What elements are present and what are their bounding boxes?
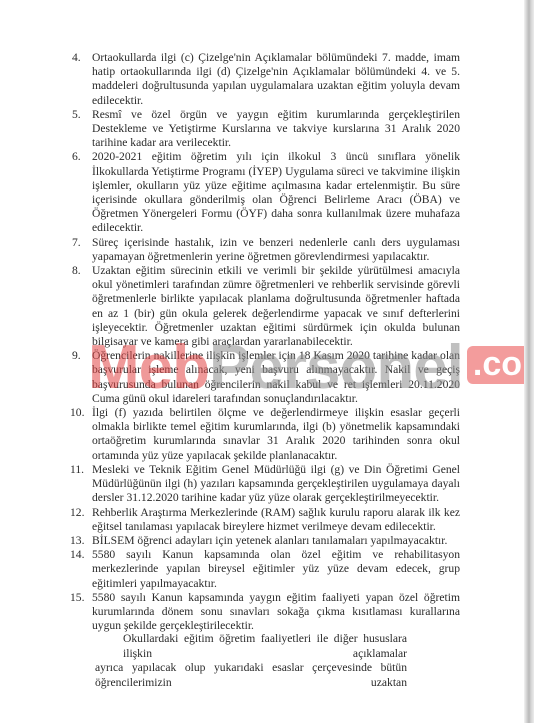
list-item: 9.Öğrencilerin nakillerine ilişkin işlem… — [72, 349, 460, 406]
list-item: 12.Rehberlik Araştırma Merkezlerinde (RA… — [72, 506, 460, 534]
item-text: BİLSEM öğrenci adayları için yetenek ala… — [92, 534, 447, 547]
item-number: 6. — [72, 150, 81, 164]
item-text: Ortaokullarda ilgi (c) Çizelge'nin Açıkl… — [92, 51, 460, 107]
list-item: 7.Süreç içerisinde hastalık, izin ve ben… — [72, 236, 460, 264]
closing-line-1: Okullardaki eğitim öğretim faaliyetleri … — [95, 632, 407, 661]
item-number: 11. — [70, 463, 84, 477]
item-number: 12. — [70, 506, 85, 520]
item-text: Süreç içerisinde hastalık, izin ve benze… — [92, 236, 460, 263]
item-number: 8. — [72, 264, 81, 278]
closing-paragraph: Okullardaki eğitim öğretim faaliyetleri … — [95, 632, 407, 690]
item-text: 5580 sayılı Kanun kapsamında olan özel e… — [92, 548, 460, 589]
list-item: 11.Mesleki ve Teknik Eğitim Genel Müdürl… — [72, 463, 460, 506]
item-number: 9. — [72, 349, 81, 363]
list-item: 10.İlgi (f) yazıda belirtilen ölçme ve d… — [72, 406, 460, 463]
item-text: 5580 sayılı Kanun kapsamında yaygın eğit… — [92, 591, 460, 632]
item-text: Mesleki ve Teknik Eğitim Genel Müdürlüğü… — [92, 463, 460, 504]
item-number: 13. — [70, 534, 85, 548]
item-number: 5. — [72, 108, 81, 122]
item-text: Öğrencilerin nakillerine ilişkin işlemle… — [92, 349, 460, 405]
list-item: 14.5580 sayılı Kanun kapsamında olan öze… — [72, 548, 460, 591]
item-text: Resmî ve özel örgün ve yaygın eğitim kur… — [92, 108, 460, 149]
item-text: İlgi (f) yazıda belirtilen ölçme ve değe… — [92, 406, 460, 462]
article-list: 4.Ortaokullarda ilgi (c) Çizelge'nin Açı… — [72, 51, 460, 633]
item-number: 14. — [70, 548, 85, 562]
item-number: 10. — [70, 406, 85, 420]
item-text: Uzaktan eğitim sürecinin etkili ve verim… — [92, 264, 460, 348]
item-number: 4. — [72, 51, 81, 65]
list-item: 13.BİLSEM öğrenci adayları için yetenek … — [72, 534, 460, 548]
page-edge-border — [524, 0, 534, 723]
document-page: 4.Ortaokullarda ilgi (c) Çizelge'nin Açı… — [0, 0, 524, 723]
item-number: 15. — [70, 591, 85, 605]
list-item: 8.Uzaktan eğitim sürecinin etkili ve ver… — [72, 264, 460, 349]
closing-line-2: ayrıca yapılacak olup yukarıdaki esaslar… — [95, 661, 407, 690]
list-item: 15.5580 sayılı Kanun kapsamında yaygın e… — [72, 591, 460, 634]
list-item: 5.Resmî ve özel örgün ve yaygın eğitim k… — [72, 108, 460, 151]
item-text: 2020-2021 eğitim öğretim yılı için ilkok… — [92, 150, 460, 234]
list-item: 4.Ortaokullarda ilgi (c) Çizelge'nin Açı… — [72, 51, 460, 108]
item-number: 7. — [72, 236, 81, 250]
list-item: 6.2020-2021 eğitim öğretim yılı için ilk… — [72, 150, 460, 235]
item-text: Rehberlik Araştırma Merkezlerinde (RAM) … — [92, 506, 460, 533]
